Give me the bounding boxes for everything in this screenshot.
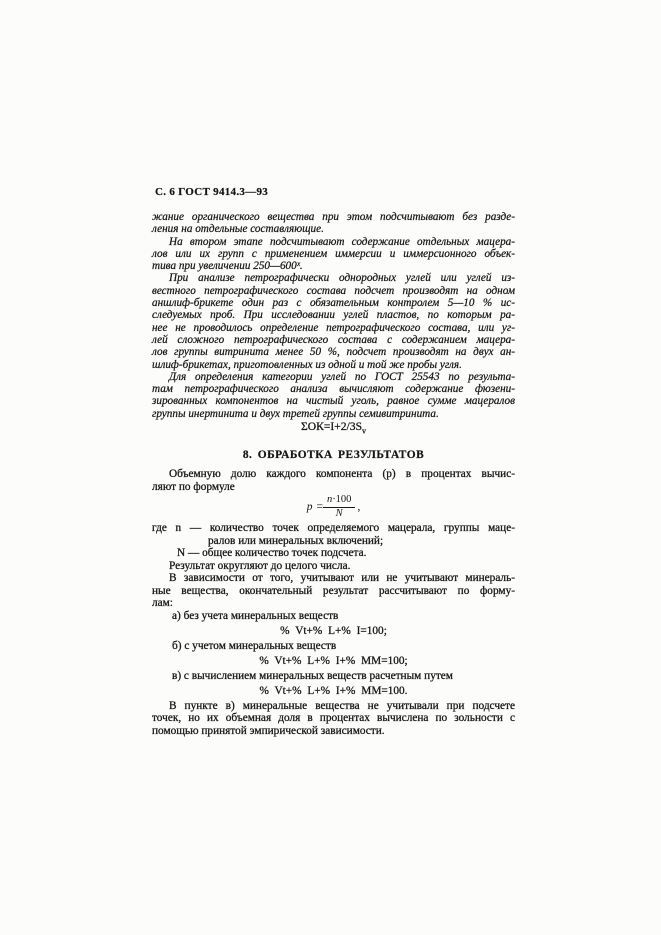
text-line: зированных компонентов на чистый уголь, …	[152, 395, 515, 407]
text-line: точек, но их объемная доля в процентах в…	[152, 712, 515, 725]
formula-c: % Vt+% L+% I+% MM=100.	[152, 685, 515, 698]
text-line: При анализе петрографически однородных у…	[152, 272, 515, 284]
list-item-b: б) с учетом минеральных веществ	[152, 640, 515, 653]
text-line: ляют по формуле	[152, 481, 515, 494]
fraction-denominator: N	[336, 508, 343, 520]
text-line: лам:	[152, 597, 515, 610]
formula-trailing-comma: ,	[357, 501, 360, 513]
text-line: На втором этапе подсчитывают содержание …	[152, 236, 515, 248]
text-line: где n — количество точек определяемого м…	[152, 522, 515, 535]
text-line: Для определения категории углей по ГОСТ …	[152, 371, 515, 383]
formula-sok-main: ΣОК=I+2/3S	[301, 420, 362, 433]
text-column: жание органического вещества при этом по…	[152, 211, 515, 737]
text-line: Объемную долю каждого компонента (p) в п…	[152, 468, 515, 481]
text-line: там петрографического анализа вычисляют …	[152, 383, 515, 395]
formula-b: % Vt+% L+% I+% MM=100;	[152, 655, 515, 668]
text-line: аншлиф-брикете один раз с обязательным к…	[152, 297, 515, 309]
text-line: помощью принятой эмпирической зависимост…	[152, 725, 515, 738]
text-line: шлиф-брикетах, приготовленных из одной и…	[152, 359, 515, 371]
text-line: В пункте в) минеральные вещества не учит…	[152, 700, 515, 713]
formula-fraction: p= n·100 N ,	[152, 495, 515, 519]
text-line: В зависимости от того, учитывают или не …	[152, 572, 515, 585]
text-line: лов или их групп с применением иммерсии …	[152, 248, 515, 260]
text-line: ралов или минеральных включений;	[152, 535, 515, 548]
formula-p-variable: p	[307, 501, 313, 513]
list-item-a: а) без учета минеральных веществ	[152, 610, 515, 623]
text-line: лов группы витринита менее 50 %, подсчет…	[152, 346, 515, 358]
intro-section: жание органического вещества при этом по…	[152, 211, 515, 420]
section-heading: 8. ОБРАБОТКА РЕЗУЛЬТАТОВ	[152, 449, 515, 462]
text-line: ления на отдельные составляющие.	[152, 223, 515, 235]
text-line: следуемых проб. При исследовании углей п…	[152, 309, 515, 321]
text-line: N — общее количество точек подсчета.	[152, 547, 515, 560]
text-line: группы инертинита и двух третей группы с…	[152, 408, 515, 420]
page-header: С. 6 ГОСТ 9414.3—93	[155, 186, 268, 198]
formula-a: % Vt+% L+% I=100;	[152, 625, 515, 638]
text-line: ные вещества, окончательный результат ра…	[152, 585, 515, 598]
numerator-rest: ·100	[332, 494, 351, 505]
text-line: Результат округляют до целого числа.	[152, 560, 515, 573]
results-section: Объемную долю каждого компонента (p) в п…	[152, 468, 515, 737]
text-line: лей сложного петрографического состава с…	[152, 334, 515, 346]
document-page: С. 6 ГОСТ 9414.3—93 жание органического …	[0, 0, 661, 935]
text-line: жание органического вещества при этом по…	[152, 211, 515, 223]
fraction-numerator: n·100	[323, 495, 356, 508]
list-item-c: в) с вычислением минеральных веществ рас…	[152, 670, 515, 683]
formula-sok: ΣОК=I+2/3Sv	[152, 420, 515, 437]
text-line: нее не проводилось определение петрограф…	[152, 322, 515, 334]
fraction-stack: n·100 N	[323, 495, 356, 519]
formula-sok-subscript: v	[362, 426, 366, 435]
text-line: тива при увеличении 250—600ˣ.	[152, 260, 515, 272]
text-line: вестного петрографического состава подсч…	[152, 285, 515, 297]
